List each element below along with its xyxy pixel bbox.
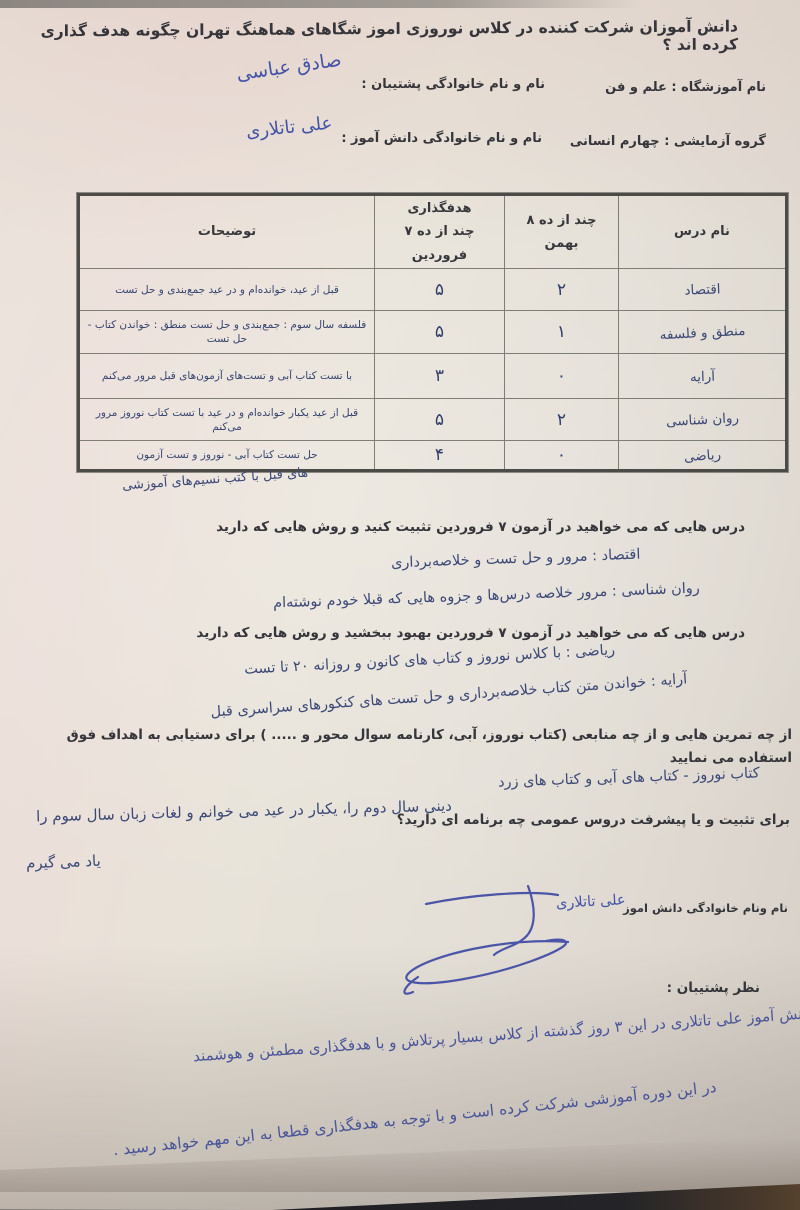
student-name-label: نام و نام خانوادگی دانش آموز : [341,131,542,146]
answer-consolidate-1: اقتصاد : مرور و حل تست و خلاصه‌برداری [390,547,640,572]
school-name-label: نام آموزشگاه : علم و فن [605,80,766,95]
student-signature-scrawl [388,880,583,998]
score-value: ۰ [505,441,619,471]
question-general-plan: برای تثبیت و یا پیشرفت دروس عمومی چه برن… [397,812,790,828]
supporter-name-label: نام و نام خانوادگی پشتیبان : [361,77,545,92]
note-text: با تست کتاب آبی و تست‌های آزمون‌های قبل … [79,354,375,399]
table-header-row: نام درس چند از ده ۸ بهمن هدفگذاری چند از… [79,195,787,269]
question-consolidate: درس هایی که می خواهید در آزمون ۷ فروردین… [216,519,745,535]
score-value: ۲ [505,269,619,311]
note-text: قبل از عید یکبار خوانده‌ام و در عید با ت… [79,399,375,441]
student-signature-label: نام ونام خانوادگی دانش اموز [623,901,788,915]
goal-table: نام درس چند از ده ۸ بهمن هدفگذاری چند از… [77,193,788,472]
table-row: منطق و فلسفه ۱ ۵ فلسفه سال سوم : جمع‌بند… [79,311,787,354]
answer-consolidate-2: روان شناسی : مرور خلاصه درس‌ها و جزوه ها… [273,581,700,612]
course-name: اقتصاد [618,266,787,314]
question-resources: از چه تمرین هایی و از چه منابعی (کتاب نو… [36,724,792,770]
answer-general-plan-line2: یاد می گیرم [26,852,101,873]
table-row: آرایه ۰ ۳ با تست کتاب آبی و تست‌های آزمو… [79,354,787,399]
header-course: نام درس [619,195,787,269]
form-title: دانش آموزان شرکت کننده در کلاس نوروزی ام… [0,17,738,58]
goal-value: ۴ [375,441,505,471]
score-value: ۱ [505,311,619,354]
answer-general-plan-line1: دینی سال دوم را، یکبار در عید می خوانم و… [36,797,452,826]
supporter-opinion-line1: دانش آموز علی تاتلاری در این ۳ روز گذشته… [192,1004,800,1065]
course-name: منطق و فلسفه [617,306,787,358]
note-text: حل تست کتاب آبی - نوروز و تست آزمون‌ [79,441,375,471]
score-value: ۲ [505,399,619,441]
question-improve: درس هایی که می خواهید در آزمون ۷ فروردین… [196,625,745,641]
student-name-handwritten: علی تاتلاری [245,113,333,143]
goal-value: ۳ [375,354,505,399]
note-text: فلسفه سال سوم : جمع‌بندی و حل تست منطق :… [79,311,375,354]
table-row: اقتصاد ۲ ۵ قبل از عید، خوانده‌ام و در عی… [79,269,787,311]
goal-value: ۵ [375,399,505,441]
header-score: چند از ده ۸ بهمن [505,195,619,269]
table-row: ریاضی ۰ ۴ حل تست کتاب آبی - نوروز و تست … [79,441,787,471]
scanned-form-photo: دانش آموزان شرکت کننده در کلاس نوروزی ام… [0,0,800,1210]
note-text: قبل از عید، خوانده‌ام و در عید جمع‌بندی … [79,269,375,311]
answer-improve-2: آرایه : خواندن متن کتاب خلاصه‌برداری و ح… [210,671,688,720]
score-value: ۰ [505,354,619,399]
header-goal: هدفگذاری چند از ده ۷ فروردین [375,195,505,269]
course-name: آرایه [618,351,787,402]
exam-group-label: گروه آزمایشی : چهارم انسانی [570,134,766,149]
goal-value: ۵ [375,311,505,354]
table-row: روان شناسی ۲ ۵ قبل از عید یکبار خوانده‌ا… [79,399,787,441]
photo-top-edge [0,0,640,8]
supporter-opinion-label: نظر پشتیبان : [667,980,760,996]
header-notes: توضیحات [79,195,375,269]
goal-value: ۵ [375,269,505,311]
answer-improve-1: ریاضی : با کلاس نوروز و کتاب های کانون و… [244,642,616,677]
